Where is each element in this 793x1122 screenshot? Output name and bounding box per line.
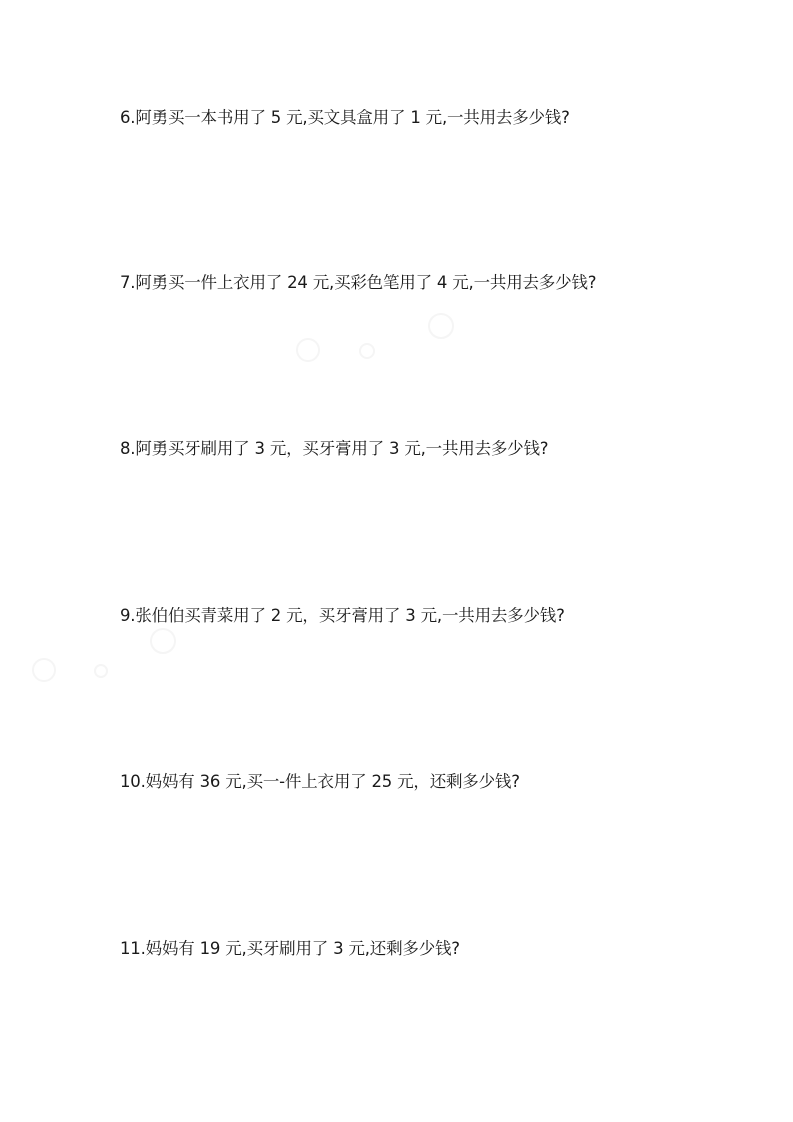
- watermark-circle: [359, 343, 375, 359]
- watermark-circle: [32, 658, 56, 682]
- question-9: 9.张伯伯买青菜用了 2 元，买牙膏用了 3 元,一共用去多少钱?: [120, 605, 565, 627]
- question-8: 8.阿勇买牙刷用了 3 元，买牙膏用了 3 元,一共用去多少钱?: [120, 438, 548, 460]
- watermark-circle: [428, 313, 454, 339]
- watermark-circle: [94, 664, 108, 678]
- watermark-circle: [150, 628, 176, 654]
- question-7: 7.阿勇买一件上衣用了 24 元,买彩色笔用了 4 元,一共用去多少钱?: [120, 272, 596, 294]
- question-10: 10.妈妈有 36 元,买一-件上衣用了 25 元，还剩多少钱?: [120, 771, 520, 793]
- question-6: 6.阿勇买一本书用了 5 元,买文具盒用了 1 元,一共用去多少钱?: [120, 107, 570, 129]
- worksheet-page: 6.阿勇买一本书用了 5 元,买文具盒用了 1 元,一共用去多少钱? 7.阿勇买…: [0, 0, 793, 1122]
- watermark-circle: [296, 338, 320, 362]
- question-11: 11.妈妈有 19 元,买牙刷用了 3 元,还剩多少钱?: [120, 938, 460, 960]
